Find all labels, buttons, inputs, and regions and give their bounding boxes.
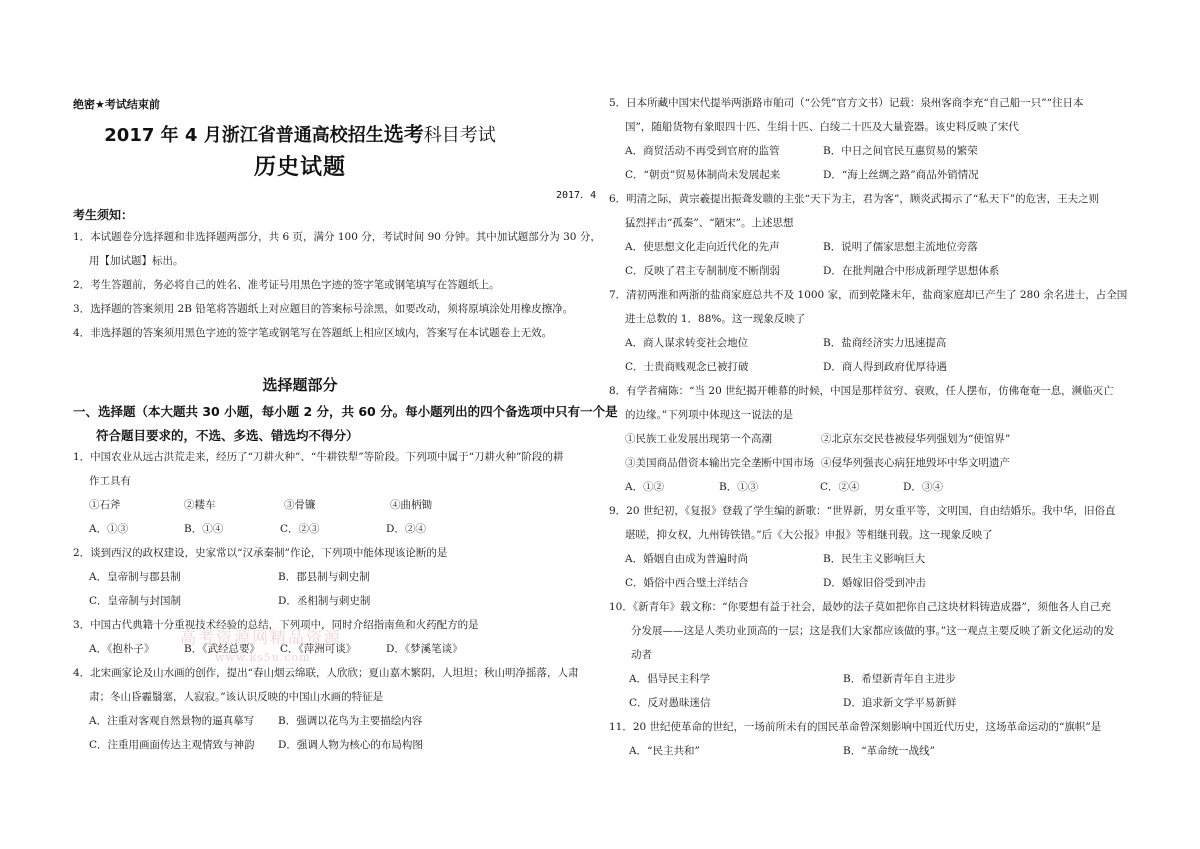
answer-option: C．②④ bbox=[820, 480, 860, 494]
exam-title-emphasis: 选考 bbox=[384, 122, 424, 146]
answer-option: D．“海上丝绸之路”商品外销情况 bbox=[823, 168, 979, 182]
answer-option: A．注重对客观自然景物的逼真摹写 bbox=[89, 714, 254, 728]
answer-option: A．①② bbox=[625, 480, 664, 494]
answer-option: A．倡导民主科学 bbox=[629, 672, 710, 686]
question-item: ③骨镰 bbox=[284, 498, 316, 512]
notice-heading: 考生须知： bbox=[73, 206, 133, 223]
question-stem: 猛烈抨击“孤秦”、“陋宋”。上述思想 bbox=[625, 216, 793, 230]
question-stem: 国”，随船货物有象眼四十匹、生绢十匹、白绫二十匹及大量瓷器。该史料反映了宋代 bbox=[625, 120, 1019, 134]
answer-option: B．强调以花鸟为主要描绘内容 bbox=[278, 714, 422, 728]
question-item: ②北京东交民巷被侵华列强划为“使馆界” bbox=[821, 432, 1010, 446]
answer-option: A．婚姻自由成为普遍时尚 bbox=[625, 552, 748, 566]
question-item: ③美国商品借资本输出完全垄断中国市场 bbox=[625, 456, 814, 470]
question-stem: 6．明清之际，黄宗羲提出振聋发聩的主张“天下为主，君为客”，顾炎武揭示了“私天下… bbox=[609, 192, 1099, 206]
answer-option: A．皇帝制与郡县制 bbox=[89, 570, 181, 584]
question-stem: 5．日本所藏中国宋代提举两浙路市舶司（“公凭”官方文书）记载：泉州客商李充“自己… bbox=[609, 96, 1084, 110]
question-stem: 8．有学者痛陈：“当 20 世纪揭开帷幕的时候，中国是那样贫穷、衰败，任人摆布，… bbox=[609, 384, 1114, 398]
question-item: ②耧车 bbox=[184, 498, 216, 512]
answer-option: A．商人谋求转变社会地位 bbox=[625, 336, 748, 350]
answer-option: D．③④ bbox=[903, 480, 943, 494]
answer-option: C．注重用画面传达主观情致与神韵 bbox=[89, 738, 255, 752]
answer-option: B．中日之间官民互惠贸易的繁荣 bbox=[823, 144, 978, 158]
answer-option: C．士贵商贱观念已被打破 bbox=[625, 360, 749, 374]
question-stem: 2．谈到西汉的政权建设，史家常以“汉承秦制”作论，下列项中能体现该论断的是 bbox=[73, 546, 447, 560]
answer-option: C．婚俗中西合璧土洋结合 bbox=[625, 576, 749, 590]
question-item: ①民族工业发展出现第一个高潮 bbox=[625, 432, 772, 446]
confidential-label: 绝密★考试结束前 bbox=[73, 96, 160, 112]
answer-option: D．丞相制与刺史制 bbox=[278, 594, 370, 608]
answer-option: C．皇帝制与封国制 bbox=[89, 594, 181, 608]
question-stem: 11．20 世纪使革命的世纪，一场前所未有的国民革命曾深刻影响中国近代历史，这场… bbox=[609, 720, 1101, 734]
question-stem: 作工具有 bbox=[89, 474, 131, 488]
answer-option: A．使思想文化走向近代化的先声 bbox=[625, 240, 780, 254]
answer-option: B．《武经总要》 bbox=[184, 642, 260, 656]
question-stem: 7．清初两淮和两浙的盐商家庭总共不及 1000 家，而到乾隆末年，盐商家庭却已产… bbox=[609, 288, 1127, 302]
answer-option: D．婚嫁旧俗受到冲击 bbox=[823, 576, 926, 590]
question-item: ①石斧 bbox=[89, 498, 121, 512]
question-stem: 分发展——这是人类功业顶高的一层；这是我们大家都应该做的事。”这一观点主要反映了… bbox=[631, 624, 1114, 638]
answer-option: D．商人得到政府优厚待遇 bbox=[823, 360, 947, 374]
subject-title: 历史试题 bbox=[0, 150, 600, 181]
answer-option: B．“革命统一战线” bbox=[843, 744, 935, 758]
question-stem: 1．中国农业从远古洪荒走来，经历了“刀耕火种”、“牛耕铁犁”等阶段。下列项中属于… bbox=[73, 450, 563, 464]
answer-option: D．《梦溪笔谈》 bbox=[386, 642, 463, 656]
answer-option: A．“民主共和” bbox=[629, 744, 700, 758]
answer-option: B．希望新青年自主进步 bbox=[843, 672, 956, 686]
answer-option: D．在批判融合中形成新理学思想体系 bbox=[823, 264, 999, 278]
notice-item: 4．非选择题的答案须用黑色字迹的签字笔或钢笔写在答题纸上相应区域内，答案写在本试… bbox=[73, 326, 552, 340]
question-stem: 10．《新青年》载文称：“你要想有益于社会，最妙的法子莫如把你自己这块材料铸造成… bbox=[609, 600, 1111, 614]
part-heading: 一、选择题（本大题共 30 小题，每小题 2 分，共 60 分。每小题列出的四个… bbox=[73, 402, 618, 420]
exam-date: 2017．4 bbox=[556, 186, 596, 201]
exam-title-suffix: 科目考试 bbox=[424, 125, 496, 146]
answer-option: A．①③ bbox=[89, 522, 128, 536]
answer-option: C．“朝贡”贸易体制尚未发展起来 bbox=[625, 168, 780, 182]
answer-option: D．强调人物为核心的布局构图 bbox=[278, 738, 423, 752]
answer-option: B．盐商经济实力迅速提高 bbox=[823, 336, 946, 350]
question-item: ④侵华列强丧心病狂地毁坏中华文明遗产 bbox=[821, 456, 1010, 470]
part-heading-cont: 符合题目要求的，不选、多选、错选均不得分） bbox=[96, 426, 359, 444]
answer-option: C．反映了君主专制制度不断削弱 bbox=[625, 264, 780, 278]
notice-item: 用【加试题】标出。 bbox=[89, 254, 184, 268]
section-heading: 选择题部分 bbox=[0, 374, 600, 395]
question-stem: 肃；冬山昏霾翳塞，人寂寂。”该认识反映的中国山水画的特征是 bbox=[89, 690, 383, 704]
notice-item: 1．本试题卷分选择题和非选择题两部分，共 6 页，满分 100 分，考试时间 9… bbox=[73, 230, 601, 244]
answer-option: D．②④ bbox=[386, 522, 426, 536]
question-stem: 4．北宋画家论及山水画的创作，提出“春山烟云绵联，人欣欣；夏山嘉木繁阴，人坦坦；… bbox=[73, 666, 579, 680]
answer-option: A．《抱朴子》 bbox=[89, 642, 154, 656]
answer-option: C．《萍洲可谈》 bbox=[280, 642, 356, 656]
answer-option: B．郡县制与刺史制 bbox=[278, 570, 370, 584]
answer-option: C．②③ bbox=[280, 522, 320, 536]
notice-item: 2．考生答题前，务必将自己的姓名、准考证号用黑色字迹的签字笔或钢笔填写在答题纸上… bbox=[73, 278, 500, 292]
exam-title-prefix: 2017 年 4 月浙江省普通高校招生 bbox=[104, 125, 383, 146]
answer-option: B．①④ bbox=[184, 522, 223, 536]
question-stem: 9．20 世纪初，《复报》登载了学生编的新歌：“世界新，男女重平等，文明国，自由… bbox=[609, 504, 1116, 518]
answer-option: B．民生主义影响巨大 bbox=[823, 552, 925, 566]
answer-option: B．说明了儒家思想主流地位旁落 bbox=[823, 240, 978, 254]
answer-option: A．商贸活动不再受到官府的监管 bbox=[625, 144, 780, 158]
question-stem: 堪嗟，抑女权，九州铸铁错。”后《大公报》申报》等相继刊载。这一现象反映了 bbox=[625, 528, 993, 542]
exam-title: 2017 年 4 月浙江省普通高校招生选考科目考试 bbox=[0, 118, 600, 147]
question-stem: 的边缘。”下列项中体现这一说法的是 bbox=[625, 408, 793, 422]
question-stem: 3．中国古代典籍十分重视技术经验的总结，下列项中，同时介绍指南鱼和火药配方的是 bbox=[73, 618, 479, 632]
question-stem: 动者 bbox=[631, 648, 652, 662]
answer-option: B．①③ bbox=[719, 480, 758, 494]
answer-option: D．追求新文学平易新鲜 bbox=[843, 696, 956, 710]
answer-option: C．反对愚昧迷信 bbox=[629, 696, 711, 710]
question-stem: 进士总数的 1．88%。这一现象反映了 bbox=[625, 312, 805, 326]
notice-item: 3．选择题的答案须用 2B 铅笔将答题纸上对应题目的答案标号涂黑，如要改动，须将… bbox=[73, 302, 573, 316]
question-item: ④曲柄锄 bbox=[390, 498, 432, 512]
